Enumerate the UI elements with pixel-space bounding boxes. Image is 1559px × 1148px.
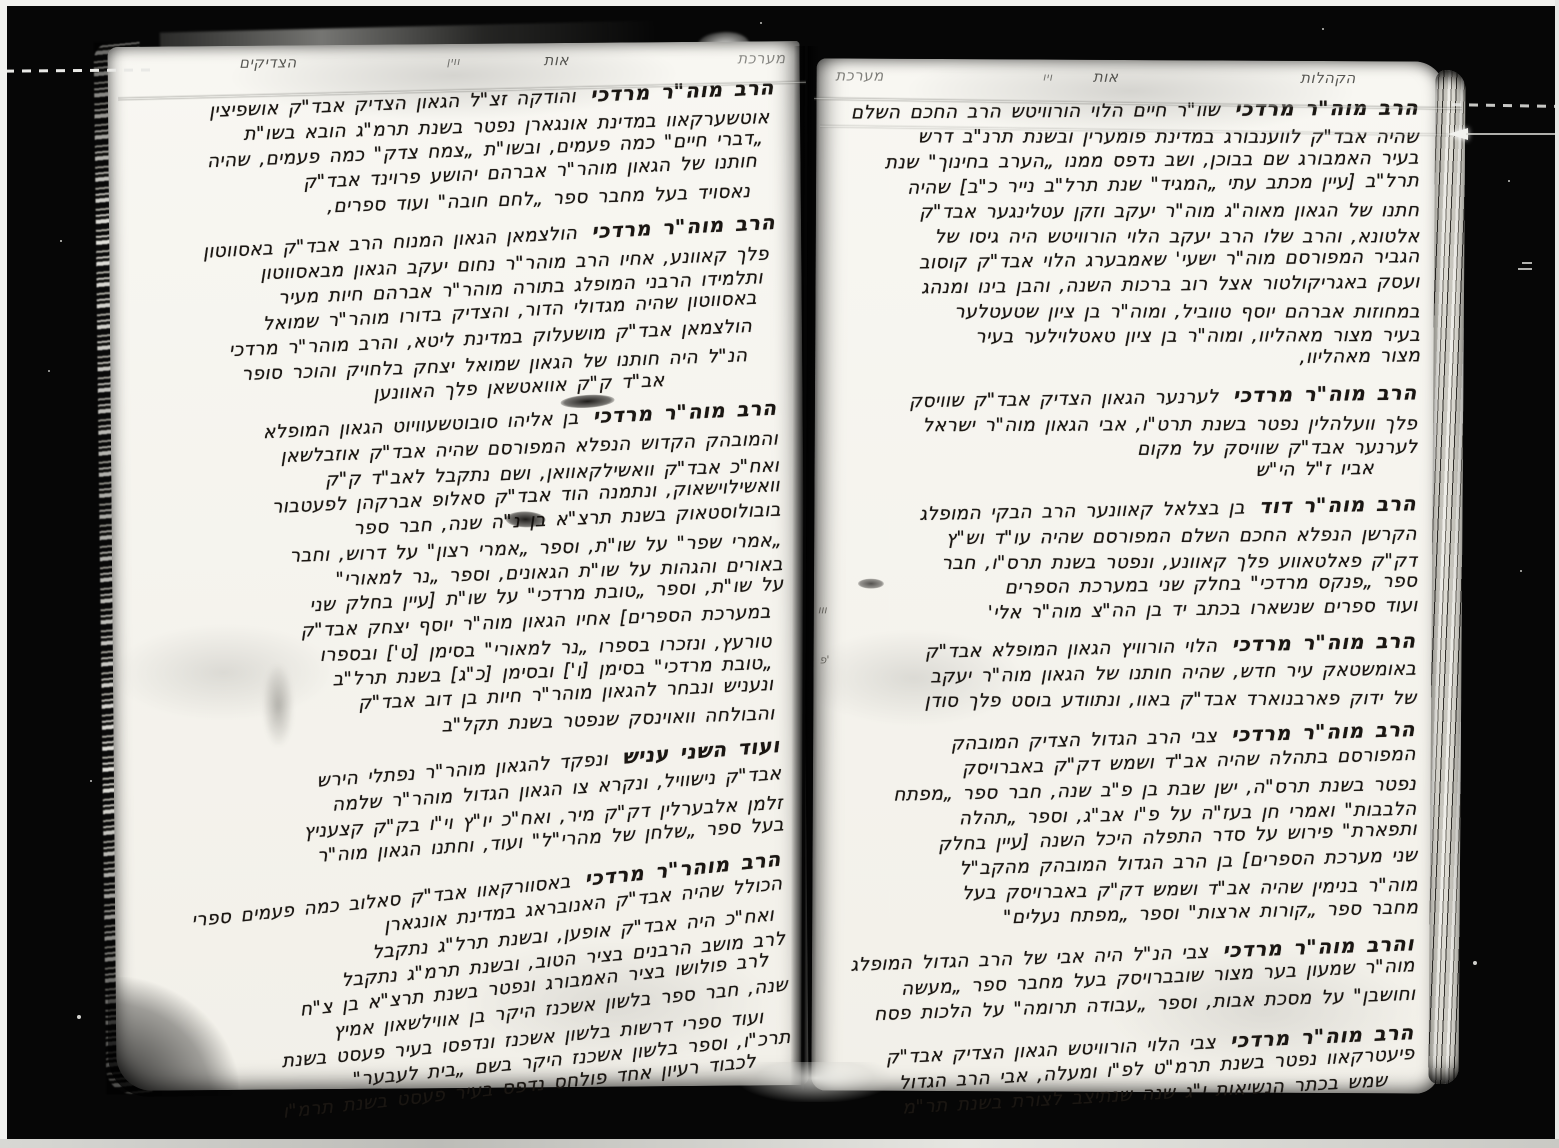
running-head-gutter: מערכת	[737, 49, 785, 67]
entry-lead-words: הרב מוה"ר מרדכי	[585, 75, 775, 107]
entry-lead-words: הרב מוה"ר מרדכי	[1228, 380, 1418, 407]
running-head-letter: אות	[1093, 68, 1119, 86]
entry-paragraph: הרב מוה"ר מרדכי צבי הרב הגדול הצדיק המוב…	[831, 719, 1418, 935]
running-head-outer: הצדיקים	[239, 53, 297, 72]
gutter-margin-note: ווו	[818, 603, 827, 616]
running-head: מערכת ויו אות הקהלות	[817, 66, 1445, 95]
entry-paragraph: הרב מוה"ר מרדכי צבי הלוי הורוויטש הגאון …	[830, 1018, 1415, 1125]
entry-lead-words: הרב מוה"ר דוד	[1254, 491, 1417, 518]
edge-tick-mark	[1522, 262, 1532, 264]
handwritten-text-block: הרב מוה"ר מרדכי שוו"ר חיים הלוי הורוויטש…	[829, 92, 1418, 1083]
entry-paragraph: הרב מוה"ר מרדכי בן אליהו סובוטשעוויוט הג…	[129, 399, 789, 750]
photo-frame-right	[1555, 0, 1559, 1148]
arrow-mark	[1448, 128, 1558, 140]
book-gutter-shadow	[790, 46, 820, 1090]
edge-tick-mark	[1518, 268, 1532, 270]
ink-blot	[858, 579, 884, 589]
entry-paragraph: הרב מוהר"ר מרדכי באסוורקאוו אבד"ק סאלוב …	[135, 848, 793, 1138]
arrow-tail	[1466, 133, 1558, 135]
manuscript-photo: הצדיקים ווין אות מערכת הרב מוה"ר מרדכי ו…	[0, 0, 1559, 1148]
handwritten-line: הקרשן הנפלא החכם השלם המפורסם שהיה עו"ד …	[833, 522, 1417, 553]
right-page: מערכת ויו אות הקהלות הרב מוה"ר מרדכי שוו…	[811, 58, 1444, 1093]
handwritten-text-block: הרב מוה"ר מרדכי והודקה זצ"ל הגאון הצדיק …	[126, 75, 783, 1081]
running-head-letter: אות	[543, 51, 569, 69]
running-head-outer: הקהלות	[1300, 69, 1356, 87]
entry-paragraph: והרב מוה"ר מרדכי צבי הנ"ל היה אבי של הרב…	[830, 931, 1415, 1029]
entry-paragraph: הרב מוה"ר מרדכי הלוי הורוויץ הגאון המופל…	[832, 632, 1417, 716]
entry-paragraph: הרב מוה"ר מרדכי שוו"ר חיים הלוי הורוויטש…	[835, 96, 1421, 376]
photo-frame-left	[0, 0, 7, 1148]
gutter-margin-note: פ'	[820, 653, 830, 666]
scratch-line-right	[1452, 103, 1556, 108]
photo-frame-top	[0, 0, 1559, 6]
handwritten-line: הרב מוה"ר מרדכי לערנער הגאון הצדיק אבד"ק…	[833, 380, 1417, 415]
left-page: הצדיקים ווין אות מערכת הרב מוה"ר מרדכי ו…	[107, 41, 808, 1091]
entry-paragraph: הרב מוה"ר דוד בן בצלאל קאוונער הרב הבקי …	[832, 495, 1417, 628]
arrowhead-icon	[1448, 128, 1468, 140]
entry-lead-words: הרב מוה"ר מרדכי	[1226, 628, 1416, 656]
entry-lead-words: הרב מוה"ר מרדכי	[586, 210, 776, 243]
photo-frame-bottom	[0, 1139, 1559, 1148]
entry-paragraph: הרב מוה"ר מרדכי הולצמאן הגאון המנוח הרב …	[128, 212, 783, 417]
running-head-small: ויו	[1043, 71, 1053, 84]
dust-specks	[60, 240, 62, 242]
handwritten-line: במחוזות אברהם יוסף טווביל, ומוה"ר בן ציו…	[836, 299, 1420, 324]
gutter-bottom-glow	[740, 1062, 890, 1102]
ink-smudge	[263, 665, 294, 745]
entry-paragraph: הרב מוה"ר מרדכי לערנער הגאון הצדיק אבד"ק…	[833, 383, 1418, 490]
running-head-gutter: מערכת	[835, 66, 883, 84]
handwritten-line: פלך וועלהלין נפטר בשנת תרט"ו, אבי הגאון …	[833, 411, 1417, 438]
handwritten-line: של ידוק פארבנוארד אבד"ק באוו, ונתוודע בו…	[833, 686, 1417, 715]
running-head-small: ווין	[447, 55, 461, 68]
handwritten-line: חתנו של הגאון מאוה"ג מוה"ר יעקב וזקן עטל…	[835, 198, 1419, 225]
page-stack-edge	[1428, 70, 1465, 1084]
entry-lead-words: הרב מוה"ר מרדכי	[587, 396, 777, 429]
